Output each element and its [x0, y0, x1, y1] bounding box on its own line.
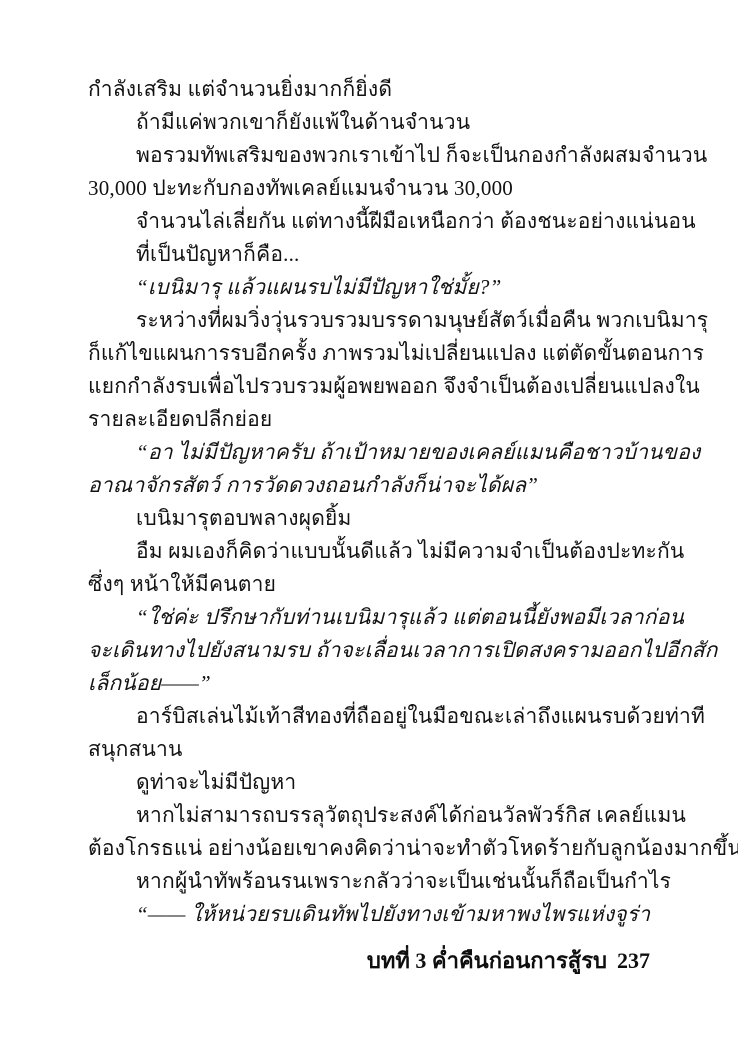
- text-line: อาณาจักรสัตว์ การวัดดวงถอนกำลังก็น่าจะได…: [88, 469, 654, 502]
- text-line: ต้องโกรธแน่ อย่างน้อยเขาคงคิดว่าน่าจะทำต…: [88, 832, 654, 865]
- text-line: รายละเอียดปลีกย่อย: [88, 403, 654, 436]
- text-line: ดูท่าจะไม่มีปัญหา: [88, 766, 654, 799]
- chapter-title: บทที่ 3 ค่ำคืนก่อนการสู้รบ: [367, 948, 607, 973]
- text-line: แยกกำลังรบเพื่อไปรวบรวมผู้อพยพออก จึงจำเ…: [88, 370, 654, 403]
- text-line: “เบนิมารุ แล้วแผนรบไม่มีปัญหาใช่มั้ย?”: [88, 271, 654, 304]
- text-line: “ใช่ค่ะ ปรึกษากับท่านเบนิมารุแล้ว แต่ตอน…: [88, 601, 654, 634]
- text-line: หากไม่สามารถบรรลุวัตถุประสงค์ได้ก่อนวัลพ…: [88, 799, 654, 832]
- text-line: “—— ให้หน่วยรบเดินทัพไปยังทางเข้ามหาพงไพ…: [88, 898, 654, 931]
- text-line: ระหว่างที่ผมวิ่งวุ่นรวบรวมบรรดามนุษย์สัต…: [88, 304, 654, 337]
- text-line: กำลังเสริม แต่จำนวนยิ่งมากก็ยิ่งดี: [88, 73, 654, 106]
- text-line: เบนิมารุตอบพลางผุดยิ้ม: [88, 502, 654, 535]
- text-line: พอรวมทัพเสริมของพวกเราเข้าไป ก็จะเป็นกอง…: [88, 139, 654, 172]
- text-line: “อา ไม่มีปัญหาครับ ถ้าเป้าหมายของเคลย์แม…: [88, 436, 654, 469]
- text-line: จะเดินทางไปยังสนามรบ ถ้าจะเลื่อนเวลาการเ…: [88, 634, 654, 667]
- text-line: ก็แก้ไขแผนการรบอีกครั้ง ภาพรวมไม่เปลี่ยน…: [88, 337, 654, 370]
- page-footer: บทที่ 3 ค่ำคืนก่อนการสู้รบ237: [367, 944, 650, 977]
- text-line: สนุกสนาน: [88, 733, 654, 766]
- text-line: หากผู้นำทัพร้อนรนเพราะกลัวว่าจะเป็นเช่นน…: [88, 865, 654, 898]
- page-text-block: กำลังเสริม แต่จำนวนยิ่งมากก็ยิ่งดีถ้ามีแ…: [88, 73, 654, 931]
- page-number: 237: [617, 948, 650, 973]
- text-line: อืม ผมเองก็คิดว่าแบบนั้นดีแล้ว ไม่มีความ…: [88, 535, 654, 568]
- text-line: ซึ่งๆ หน้าให้มีคนตาย: [88, 568, 654, 601]
- book-page: กำลังเสริม แต่จำนวนยิ่งมากก็ยิ่งดีถ้ามีแ…: [0, 0, 738, 1051]
- text-line: 30,000 ปะทะกับกองทัพเคลย์แมนจำนวน 30,000: [88, 172, 654, 205]
- text-line: อาร์บิสเล่นไม้เท้าสีทองที่ถืออยู่ในมือขณ…: [88, 700, 654, 733]
- text-line: ที่เป็นปัญหาก็คือ...: [88, 238, 654, 271]
- text-line: เล็กน้อย——”: [88, 667, 654, 700]
- text-line: ถ้ามีแค่พวกเขาก็ยังแพ้ในด้านจำนวน: [88, 106, 654, 139]
- text-line: จำนวนไล่เลี่ยกัน แต่ทางนี้ฝีมือเหนือกว่า…: [88, 205, 654, 238]
